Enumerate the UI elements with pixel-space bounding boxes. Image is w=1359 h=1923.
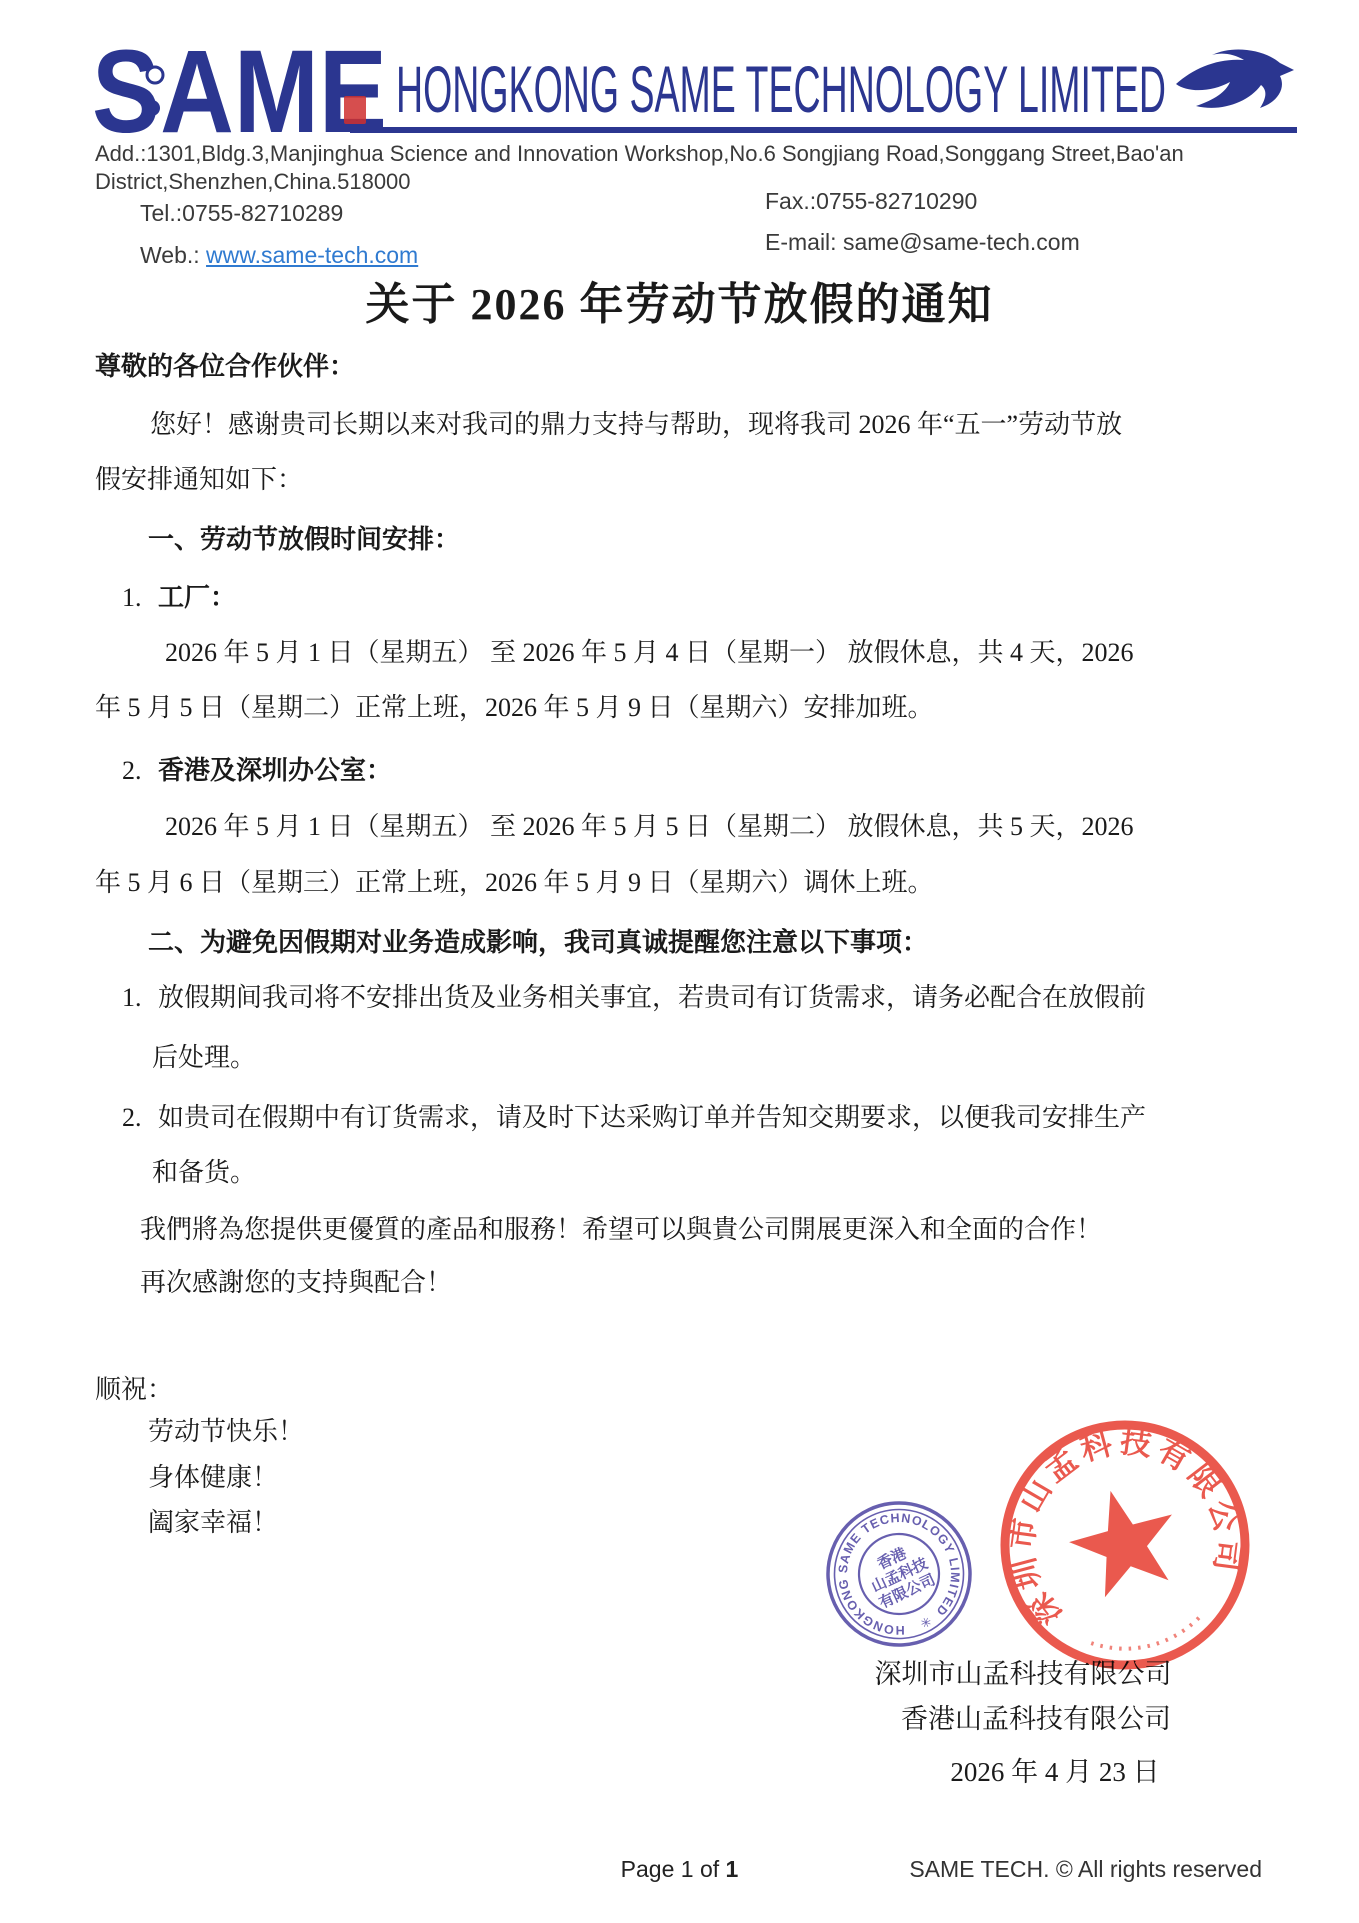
item2-heading: 2. 香港及深圳办公室： bbox=[122, 754, 392, 788]
logo-circle-outline bbox=[147, 67, 163, 83]
item2-line-1: 2026 年 5 月 1 日（星期五） 至 2026 年 5 月 5 日（星期二… bbox=[165, 810, 1134, 844]
red-stamp-star bbox=[1059, 1477, 1188, 1602]
notice1-line-2: 后处理。 bbox=[152, 1041, 256, 1075]
web-prefix: Web.: bbox=[140, 242, 206, 268]
blue-company-stamp: HONGKONG SAME TECHNOLOGY LIMITED ✳ 香港 山孟… bbox=[823, 1498, 975, 1650]
intro-line-2: 假安排通知如下： bbox=[95, 463, 303, 497]
item2-line-2: 年 5 月 6 日（星期三）正常上班，2026 年 5 月 9 日（星期六）调休… bbox=[95, 866, 934, 900]
notice2-line-1: 2. 如贵司在假期中有订货需求，请及时下达采购订单并告知交期要求，以便我司安排生… bbox=[122, 1101, 1146, 1135]
address-line-2: District,Shenzhen,China.518000 bbox=[95, 169, 411, 195]
copyright-text: SAME TECH. © All rights reserved bbox=[909, 1856, 1262, 1883]
closing-line-1: 我們將為您提供更優質的產品和服務！希望可以與貴公司開展更深入和全面的合作！ bbox=[140, 1213, 1102, 1247]
closing-line-2: 再次感謝您的支持與配合！ bbox=[140, 1266, 452, 1300]
address-line-1: Add.:1301,Bldg.3,Manjinghua Science and … bbox=[95, 141, 1184, 167]
notice1-number: 1. bbox=[122, 983, 142, 1012]
notice2-text: 如贵司在假期中有订货需求，请及时下达采购订单并告知交期要求，以便我司安排生产 bbox=[158, 1103, 1146, 1132]
website-link[interactable]: www.same-tech.com bbox=[206, 242, 418, 268]
notice2-line-2: 和备货。 bbox=[152, 1156, 256, 1190]
notice2-number: 2. bbox=[122, 1103, 142, 1132]
greeting: 尊敬的各位合作伙伴： bbox=[95, 350, 355, 384]
notice1-text: 放假期间我司将不安排出货及业务相关事宜，若贵司有订货需求，请务必配合在放假前 bbox=[158, 983, 1146, 1012]
document-page: SAME HONGKONG SAME TECHNOLOGY LIMITED Ad… bbox=[0, 0, 1359, 1923]
same-logo-text: SAME bbox=[92, 42, 387, 137]
item1-number: 1. bbox=[122, 583, 142, 612]
logo-red-seal bbox=[344, 96, 366, 124]
red-stamp-serial-marks bbox=[1091, 1613, 1208, 1660]
item2-title: 香港及深圳办公室： bbox=[158, 756, 392, 785]
signature-date: 2026 年 4 月 23 日 bbox=[950, 1750, 1159, 1789]
item1-line-2: 年 5 月 5 日（星期二）正常上班，2026 年 5 月 9 日（星期六）安排… bbox=[95, 691, 934, 725]
notice1-line-1: 1. 放假期间我司将不安排出货及业务相关事宜，若贵司有订货需求，请务必配合在放假… bbox=[122, 981, 1146, 1015]
wish-line-3: 阖家幸福！ bbox=[148, 1506, 278, 1540]
intro-line-1: 您好！感谢贵司长期以来对我司的鼎力支持与帮助，现将我司 2026 年“五一”劳动… bbox=[150, 408, 1122, 442]
tel-label: Tel.:0755-82710289 bbox=[140, 200, 343, 227]
fax-label: Fax.:0755-82710290 bbox=[765, 188, 977, 215]
email-label: E-mail: same@same-tech.com bbox=[765, 229, 1080, 256]
page-title: 关于 2026 年劳动节放假的通知 bbox=[0, 268, 1359, 332]
header-divider bbox=[350, 127, 1297, 133]
item1-heading: 1. 工厂： bbox=[122, 581, 236, 615]
web-label: Web.: www.same-tech.com bbox=[140, 242, 418, 269]
logo-circle-filled bbox=[144, 100, 160, 116]
section2-heading: 二、为避免因假期对业务造成影响，我司真诚提醒您注意以下事项： bbox=[148, 926, 928, 960]
company-name: HONGKONG SAME TECHNOLOGY LIMITED bbox=[396, 46, 1176, 130]
section1-heading: 一、劳动节放假时间安排： bbox=[148, 523, 460, 557]
wish-label: 顺祝： bbox=[95, 1373, 173, 1407]
eagle-icon bbox=[1168, 48, 1298, 120]
wish-line-1: 劳动节快乐！ bbox=[148, 1415, 304, 1449]
page-number-prefix: Page 1 of bbox=[621, 1856, 726, 1882]
item2-number: 2. bbox=[122, 756, 142, 785]
red-company-stamp: 深圳市山孟科技有限公司 bbox=[996, 1414, 1254, 1676]
company-name-text: HONGKONG SAME TECHNOLOGY LIMITED bbox=[396, 52, 1166, 126]
signature-company-2: 香港山孟科技有限公司 bbox=[901, 1697, 1171, 1736]
wish-line-2: 身体健康！ bbox=[148, 1461, 278, 1495]
item1-line-1: 2026 年 5 月 1 日（星期五） 至 2026 年 5 月 4 日（星期一… bbox=[165, 636, 1134, 670]
item1-title: 工厂： bbox=[158, 583, 236, 612]
page-number-total: 1 bbox=[726, 1856, 739, 1882]
